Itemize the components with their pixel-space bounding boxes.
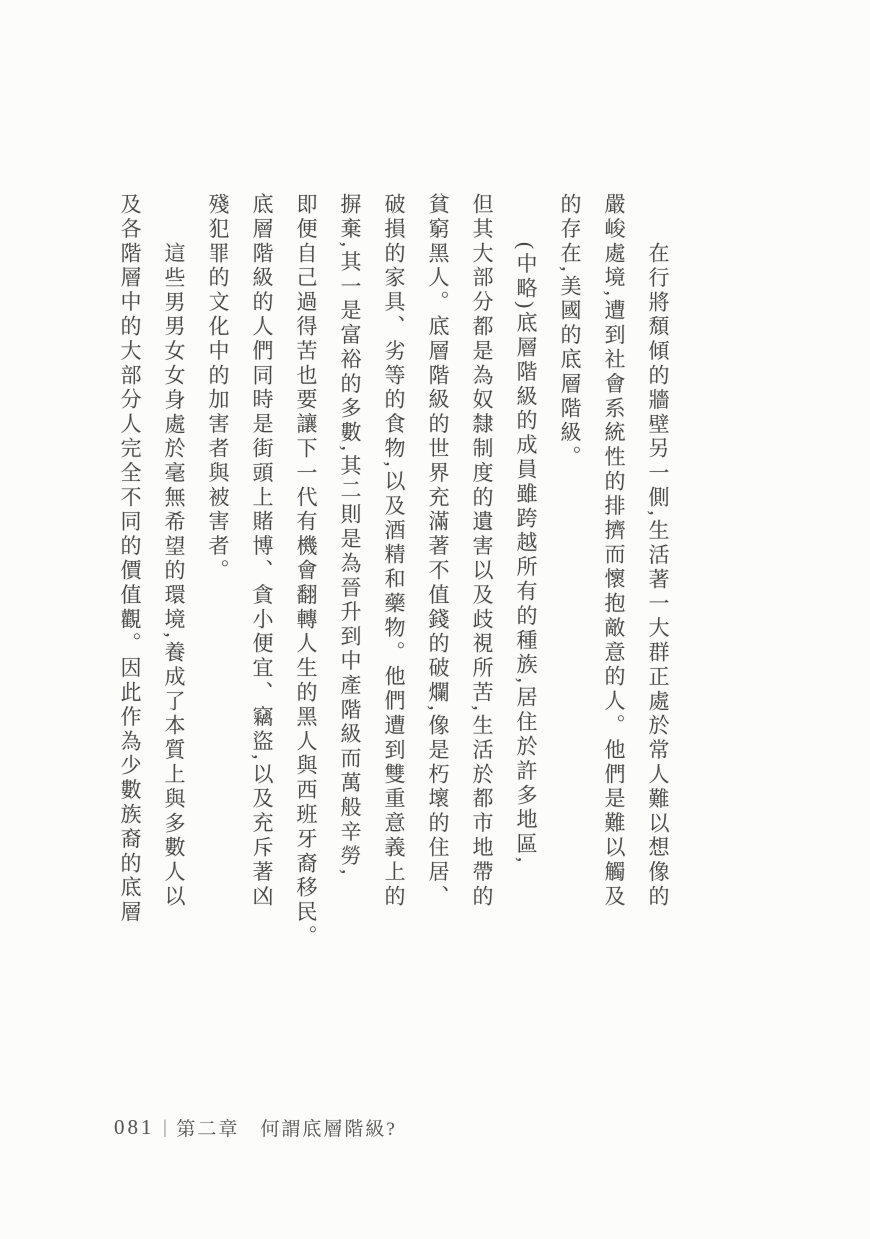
chapter-label: 第二章 [176, 1114, 239, 1141]
footer-separator: | [163, 1117, 166, 1139]
text-column: 嚴峻處境,遭到社會系統性的排擠而懷抱敵意的人。他們是難以觸及 [592, 193, 636, 923]
page-footer: 081 | 第二章 何謂底層階級? [114, 1114, 397, 1141]
text-column: 及各階層中的大部分人完全不同的價值觀。因此作為少數族裔的底層 [108, 193, 152, 923]
text-column: 摒棄,其一是富裕的多數,其二則是為晉升到中產階級而萬般辛勞, [328, 193, 372, 923]
text-column: 即便自己過得苦也要讓下一代有機會翻轉人生的黑人與西班牙裔移民。 [284, 193, 328, 923]
text-column: (中略)底層階級的成員雖跨越所有的種族,居住於許多地區, [504, 193, 548, 923]
vertical-text-block: 在行將頹傾的牆壁另一側,生活著一大群正處於常人難以想像的嚴峻處境,遭到社會系統性… [108, 193, 680, 923]
text-column: 貧窮黑人。底層階級的世界充滿著不值錢的破爛,像是朽壞的住居、 [416, 193, 460, 923]
text-column: 殘犯罪的文化中的加害者與被害者。 [196, 193, 240, 923]
book-page: 在行將頹傾的牆壁另一側,生活著一大群正處於常人難以想像的嚴峻處境,遭到社會系統性… [0, 0, 870, 1239]
chapter-title: 何謂底層階級? [260, 1114, 396, 1141]
text-column: 的存在,美國的底層階級。 [548, 193, 592, 923]
text-column: 底層階級的人們同時是街頭上賭博、貪小便宜、竊盜,以及充斥著凶 [240, 193, 284, 923]
text-column: 這些男男女女身處於毫無希望的環境,養成了本質上與多數人以 [152, 193, 196, 923]
page-number: 081 [114, 1115, 155, 1140]
text-column: 在行將頹傾的牆壁另一側,生活著一大群正處於常人難以想像的 [636, 193, 680, 923]
text-column: 破損的家具、劣等的食物,以及酒精和藥物。他們遭到雙重意義上的 [372, 193, 416, 923]
text-column: 但其大部分都是為奴隸制度的遺害以及歧視所苦,生活於都市地帶的 [460, 193, 504, 923]
